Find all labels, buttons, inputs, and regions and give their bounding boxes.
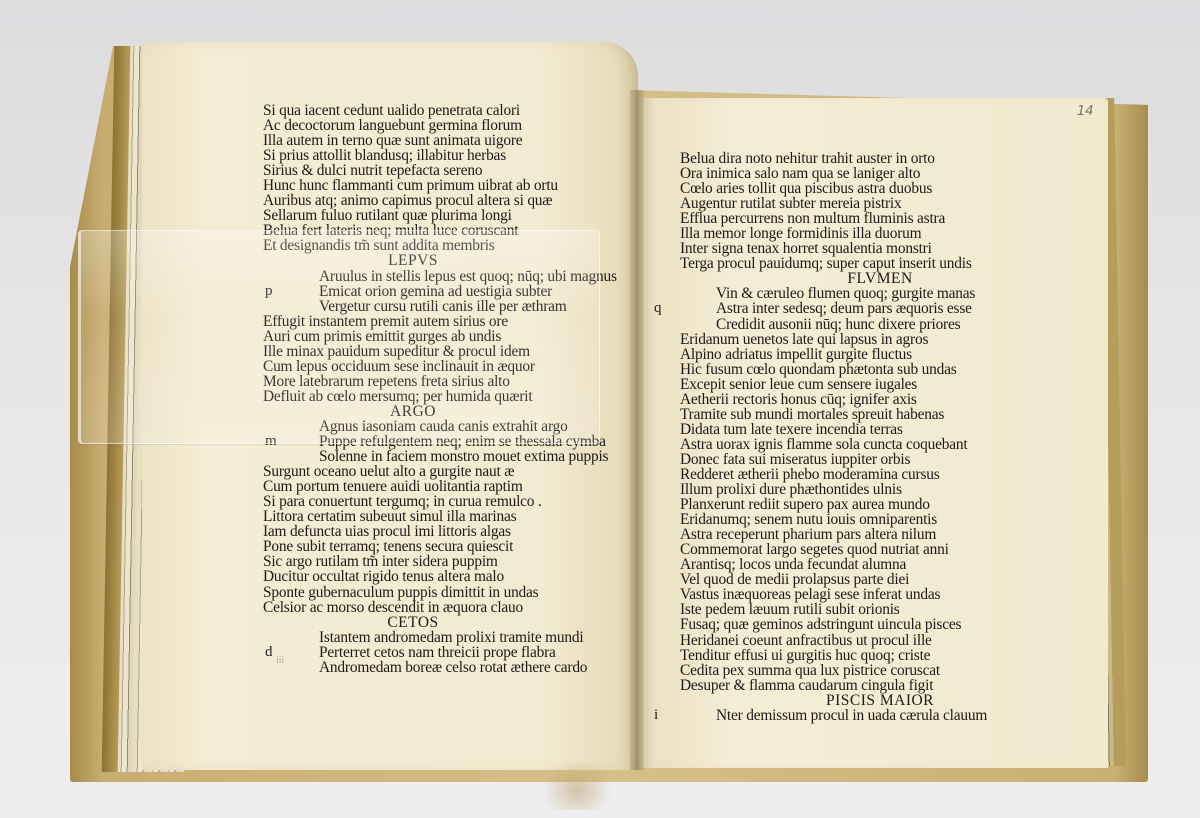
verse-line: Si qua iacent cedunt ualido penetrata ca…: [263, 103, 623, 118]
verse-line: Celsior ac morso descendit in æquora cla…: [263, 600, 623, 615]
verse-line: Cum portum tenuere auidi uolitantia rapt…: [263, 479, 623, 494]
verse-line: Tramite sub mundi mortales spreuit haben…: [680, 407, 1090, 422]
verse-line: Iam defuncta uias procul imi littoris al…: [263, 524, 623, 539]
verse-line: Pone subit terramq; tenens secura quiesc…: [263, 539, 623, 554]
verse-line: qAstra inter sedesq; deum pars æquoris e…: [680, 301, 1090, 316]
section-heading-flumen: FLVMEN: [680, 271, 1080, 286]
verse-line: iNter demissum procul in uada cærula cla…: [680, 708, 1090, 723]
verse-line: Terga procul pauidumq; super caput inser…: [680, 256, 1090, 271]
verse-line: Illum prolixi dure phæthontides ulnis: [680, 482, 1090, 497]
verse-line: Illa memor longe formidinis illa duorum: [680, 226, 1090, 241]
verse-line: Sponte gubernaculum puppis dimittit in u…: [263, 585, 623, 600]
guide-letter: d: [265, 645, 272, 660]
verse-line: Inter signa tenax horret squalentia mons…: [680, 241, 1090, 256]
verse-line: Illa autem in terno quæ sunt animata uig…: [263, 133, 623, 148]
verse-line: Belua dira noto nehitur trahit auster in…: [680, 151, 1090, 166]
verse-line: Iste pedem læuum rutili subit orionis: [680, 602, 1090, 617]
verse-line: Ducitur occultat rigido tenus altera mal…: [263, 569, 623, 584]
verse-line: Augentur rutilat subter mereia pistrix: [680, 196, 1090, 211]
verse-line: Aetherii rectoris honus cūq; ignifer axi…: [680, 392, 1090, 407]
verse-line: Credidit ausonii nūq; hunc dixere priore…: [680, 317, 1090, 332]
verse-line: Desuper & flamma caudarum cingula figit: [680, 678, 1090, 693]
verse-line: Fusaq; quæ geminos adstringunt uincula p…: [680, 617, 1090, 632]
verse-line: Cedita pex summa qua lux pistrice corusc…: [680, 663, 1090, 678]
verse-line: dPerterret cetos nam threicii prope flab…: [263, 645, 623, 660]
verse-line: Sic argo rutilam tm̃ inter sidera puppim: [263, 554, 623, 569]
foxing-stain: [542, 760, 612, 810]
verse-line: Excepit senior leue cum sensere iugales: [680, 377, 1090, 392]
verse-line: Tenditur effusi ui gurgitis huc quoq; cr…: [680, 648, 1090, 663]
verse-line: Didata tum late texere incendia terras: [680, 422, 1090, 437]
section-heading-cetos: CETOS: [263, 615, 563, 630]
verse-line: Redderet ætherii phebo moderamina cursus: [680, 467, 1090, 482]
verse-line: Surgunt oceano uelut alto a gurgite naut…: [263, 464, 623, 479]
verse-line: Eridanumq; senem nutu iouis omniparentis: [680, 512, 1090, 527]
guide-letter: i: [654, 708, 658, 723]
verse-line: Heridanei coeunt anfractibus ut procul i…: [680, 633, 1090, 648]
verse-line: Donec fata sui miseratus iuppiter orbis: [680, 452, 1090, 467]
verse-line: Si para conuertunt tergumq; in curua rem…: [263, 494, 623, 509]
verse-line: Solenne in faciem monstro mouet extima p…: [263, 449, 623, 464]
verse-line: Si prius attollit blandusq; illabitur he…: [263, 148, 623, 163]
verse-line: Hic fusum cœlo quondam phætonta sub unda…: [680, 362, 1090, 377]
verse-line: Ora inimica salo nam qua se laniger alto: [680, 166, 1090, 181]
verse-line: Vel quod de medii prolapsus parte diei: [680, 572, 1090, 587]
verse-line: Alpino adriatus impellit gurgite fluctus: [680, 347, 1090, 362]
verse-line: Planxerunt rediit supero pax aurea mundo: [680, 497, 1090, 512]
verse-line: Cœlo aries tollit qua piscibus astra duo…: [680, 181, 1090, 196]
acrylic-page-clamp: [78, 230, 600, 444]
verse-line: Sellarum fuluo rutilant quæ plurima long…: [263, 208, 623, 223]
section-heading-piscis-maior: PISCIS MAIOR: [680, 693, 1080, 708]
verse-line: Auribus atq; animo capimus procul altera…: [263, 193, 623, 208]
verse-line: Eridanum uenetos late qui lapsus in agro…: [680, 332, 1090, 347]
verse-line: Sirius & dulci nutrit tepefacta sereno: [263, 163, 623, 178]
verse-line: Astra uorax ignis flamme sola cuncta coq…: [680, 437, 1090, 452]
verse-line: Efflua percurrens non multum fluminis as…: [680, 211, 1090, 226]
book-gutter: [630, 90, 644, 770]
verse-line: Istantem andromedam prolixi tramite mund…: [263, 630, 623, 645]
right-page-text: Belua dira noto nehitur trahit auster in…: [680, 151, 1090, 723]
verse-line: Vastus inæquoreas pelagi sese inferat un…: [680, 587, 1090, 602]
verse-line: Littora certatim subeuut simul illa mari…: [263, 509, 623, 524]
verse-text: Nter demissum procul in uada cærula clau…: [716, 707, 987, 724]
signature-mark: iii: [276, 655, 284, 666]
verse-line: Hunc hunc flammanti cum primum uibrat ab…: [263, 178, 623, 193]
verse-line: Vin & cæruleo flumen quoq; gurgite manas: [680, 286, 1090, 301]
verse-line: Andromedam boreæ celso rotat æthere card…: [263, 660, 623, 675]
verse-text: Astra inter sedesq; deum pars æquoris es…: [716, 300, 972, 317]
guide-letter: q: [654, 301, 661, 316]
folio-number: 14: [1077, 104, 1094, 119]
verse-line: Commemorat largo segetes quod nutriat an…: [680, 542, 1090, 557]
verse-line: Ac decoctorum languebunt germina florum: [263, 118, 623, 133]
verse-line: Astra receperunt pharium pars altera nil…: [680, 527, 1090, 542]
verse-line: Arantisq; locos unda fecundat alumna: [680, 557, 1090, 572]
verse-text: Perterret cetos nam threicii prope flabr…: [319, 644, 556, 661]
